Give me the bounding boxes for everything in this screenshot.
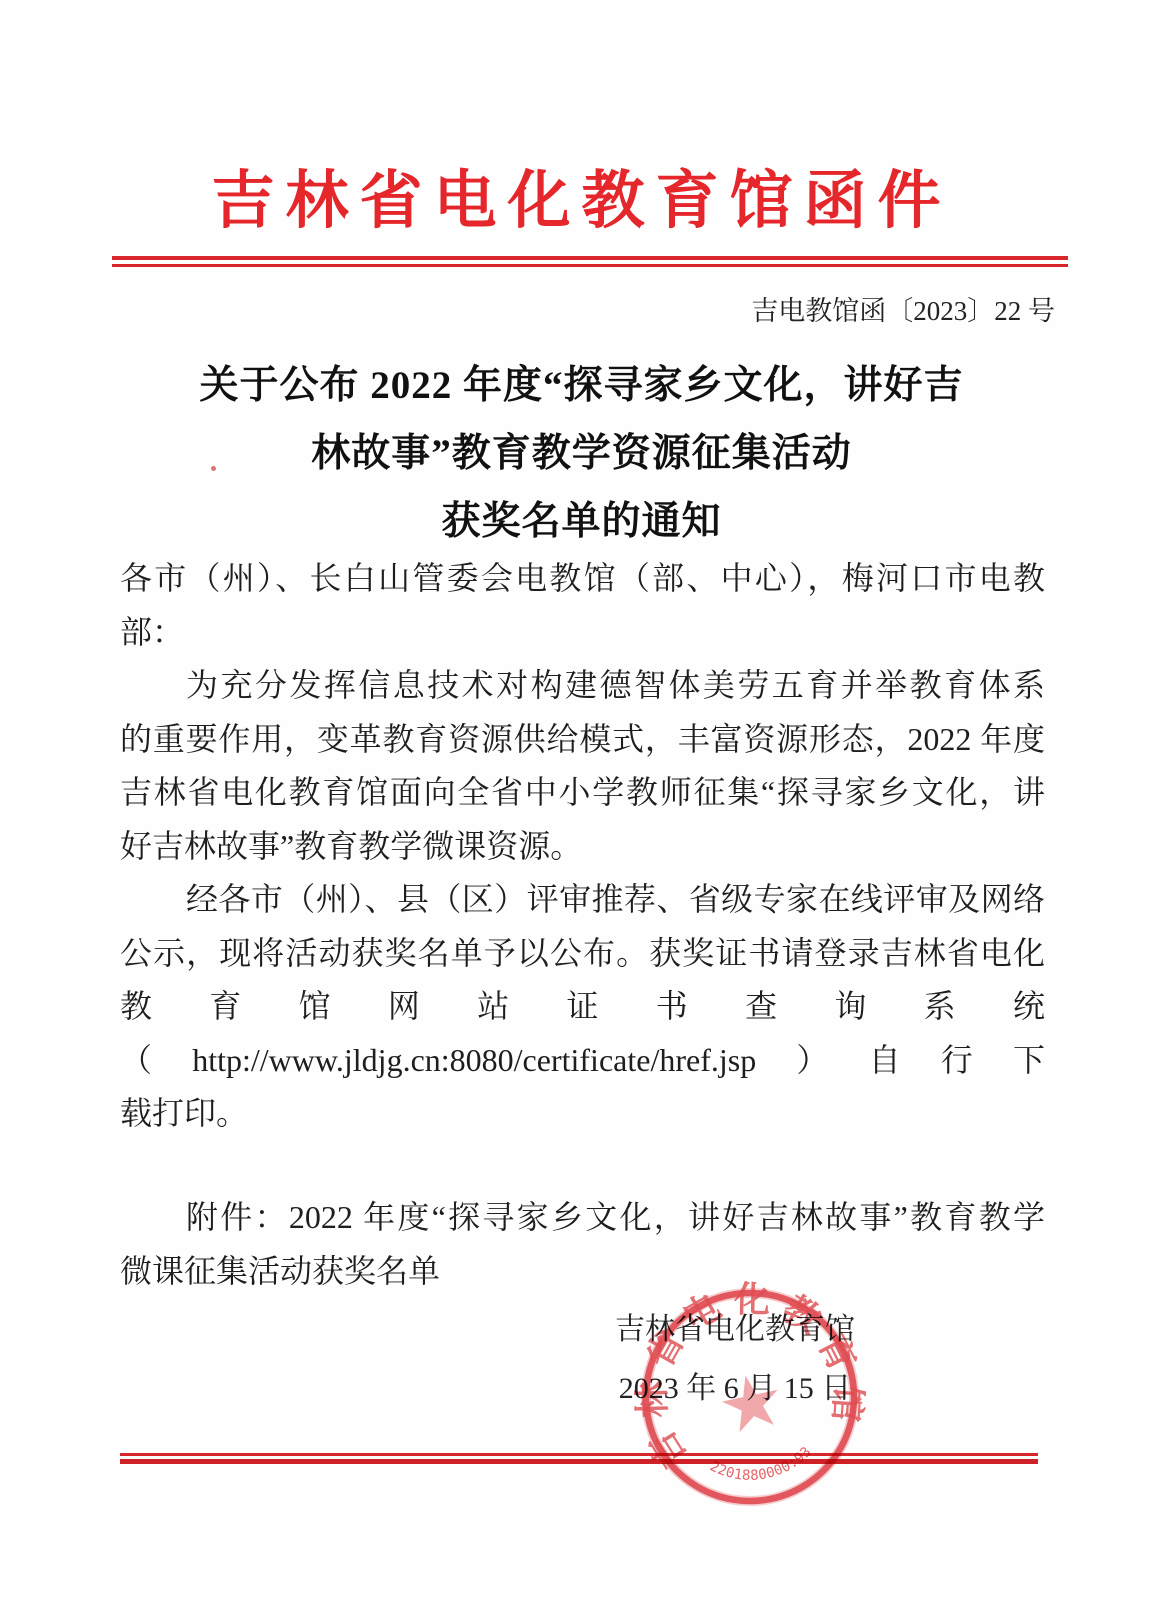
body-text: 各市（州）、长白山管委会电教馆（部、中心），梅河口市电教 部： 为充分发挥信息技… <box>120 552 1045 1141</box>
official-seal: 吉林省电化教育馆 2201880000:93 <box>634 1281 866 1513</box>
attachment-line: 微课征集活动获奖名单 <box>120 1244 1045 1298</box>
notice-title-line-1: 关于公布 2022 年度“探寻家乡文化，讲好吉 <box>0 352 1163 420</box>
footer-divider-thick-line <box>120 1459 1038 1464</box>
body-line: 教育馆网站证书查询系统 <box>120 980 1045 1034</box>
body-line: 吉林省电化教育馆面向全省中小学教师征集“探寻家乡文化，讲 <box>120 766 1045 820</box>
attachment-section: 附件：2022 年度“探寻家乡文化，讲好吉林故事”教育教学 微课征集活动获奖名单 <box>120 1190 1045 1298</box>
notice-title-line-3: 获奖名单的通知 <box>0 488 1163 556</box>
document-page: 吉林省电化教育馆函件 吉电教馆函〔2023〕22 号 关于公布 2022 年度“… <box>0 0 1163 1600</box>
scan-speck <box>211 466 216 471</box>
body-line: 公示，现将活动获奖名单予以公布。获奖证书请登录吉林省电化 <box>120 927 1045 981</box>
seal-star-icon <box>718 1370 785 1435</box>
header-divider-thin-line <box>112 264 1068 267</box>
seal-arc-text: 吉林省电化教育馆 <box>634 1281 866 1478</box>
header-divider <box>112 256 1068 267</box>
body-line-url: （http://www.jldjg.cn:8080/certificate/hr… <box>120 1034 1045 1088</box>
body-line: 载打印。 <box>120 1087 1045 1141</box>
body-line: 的重要作用，变革教育资源供给模式，丰富资源形态，2022 年度 <box>120 713 1045 767</box>
seal-group: 吉林省电化教育馆 2201880000:93 <box>634 1281 866 1513</box>
attachment-line: 附件：2022 年度“探寻家乡文化，讲好吉林故事”教育教学 <box>120 1190 1045 1244</box>
recipient-line: 部： <box>120 606 1045 660</box>
body-line: 好吉林故事”教育教学微课资源。 <box>120 820 1045 874</box>
letterhead-title: 吉林省电化教育馆函件 <box>0 150 1163 241</box>
body-line: 经各市（州）、县（区）评审推荐、省级专家在线评审及网络 <box>120 873 1045 927</box>
notice-title: 关于公布 2022 年度“探寻家乡文化，讲好吉 林故事”教育教学资源征集活动 获… <box>0 352 1163 556</box>
body-line: 为充分发挥信息技术对构建德智体美劳五育并举教育体系 <box>120 659 1045 713</box>
notice-title-line-2: 林故事”教育教学资源征集活动 <box>0 420 1163 488</box>
document-number: 吉电教馆函〔2023〕22 号 <box>751 289 1055 328</box>
footer-divider <box>120 1453 1038 1464</box>
seal-arc-text-holder: 吉林省电化教育馆 <box>634 1281 866 1478</box>
recipient-line: 各市（州）、长白山管委会电教馆（部、中心），梅河口市电教 <box>120 552 1045 606</box>
